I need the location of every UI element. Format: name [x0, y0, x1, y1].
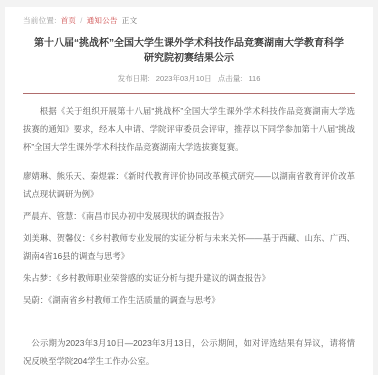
article-body: 根据《关于组织开展第十八届“挑战杯”全国大学生课外学术科技作品竞赛湖南大学选拔赛…: [23, 102, 355, 370]
paragraph: 刘美琳、贺馨仪：《乡村教师专业发展的实证分析与未来关怀——基于西藏、山东、广西、…: [23, 229, 355, 265]
publish-date-value: 2023年03月10日: [156, 74, 212, 83]
paragraph: 公示期为2023年3月10日—2023年3月13日，公示期间，如对评选结果有异议…: [23, 334, 355, 370]
paragraph: 吴蔚：《湖南省乡村教师工作生活质量的调查与思考》: [23, 291, 355, 309]
paragraph: 严晨卉、管慧：《南昌市民办初中发展现状的调查报告》: [23, 207, 355, 225]
breadcrumb-label: 当前位置:: [23, 15, 57, 26]
content-card: 当前位置: 首页 / 通知公告 正文 第十八届“挑战杯”全国大学生课外学术科技作…: [5, 7, 373, 375]
paragraph: 廖婧琳、熊乐天、秦煜霖：《新时代教育评价协同改革模式研究——以湖南省教育评价改革…: [23, 167, 355, 203]
breadcrumb-separator: /: [80, 16, 82, 25]
paragraph: 根据《关于组织开展第十八届“挑战杯”全国大学生课外学术科技作品竞赛湖南大学选拔赛…: [23, 102, 355, 156]
hits-label: 点击量:: [218, 74, 243, 83]
breadcrumb-home-link[interactable]: 首页: [61, 15, 77, 26]
breadcrumb: 当前位置: 首页 / 通知公告 正文: [23, 15, 355, 26]
breadcrumb-current: 正文: [122, 15, 138, 26]
title-divider: [23, 93, 355, 94]
article-meta: 发布日期: 2023年03月10日 点击量: 116: [23, 73, 355, 84]
paragraph: 朱占梦：《乡村教师职业荣誉感的实证分析与提升建议的调查报告》: [23, 269, 355, 287]
hits-value: 116: [248, 74, 260, 83]
page-title: 第十八届“挑战杯”全国大学生课外学术科技作品竞赛湖南大学教育科学研究院初赛结果公…: [33, 36, 345, 66]
publish-date-label: 发布日期:: [118, 74, 150, 83]
breadcrumb-category-link[interactable]: 通知公告: [87, 15, 118, 26]
